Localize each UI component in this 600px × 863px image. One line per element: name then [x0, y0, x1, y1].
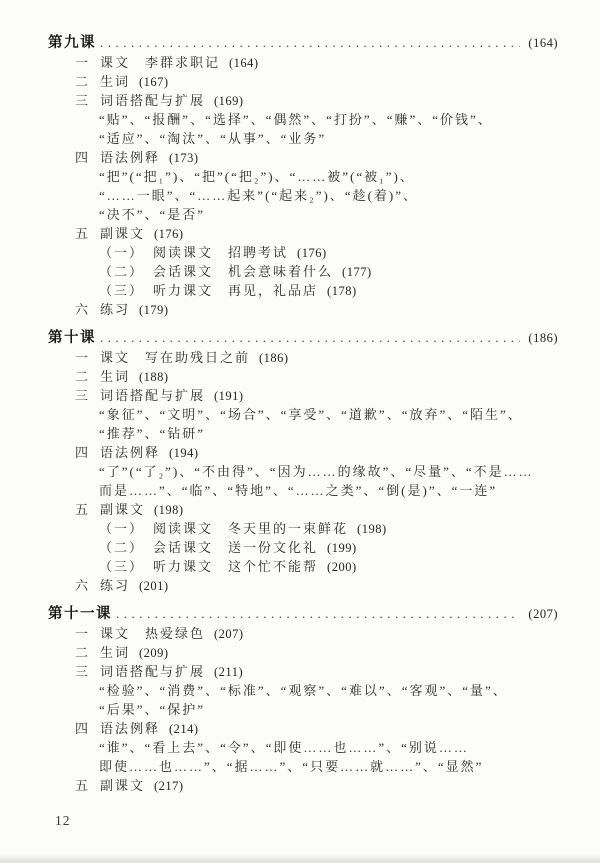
toc-line: 而是……”、“临”、“特地”、“……之类”、“倒(是)”、“一连” [48, 481, 558, 500]
toc-line-marker: （二） [99, 538, 144, 557]
toc-line-text: “把”(“把₁”)、“把”(“把₂”)、“……被”(“被₁”)、 [99, 169, 415, 184]
toc-line-text: 即使……也……”、“据……”、“只要……就……”、“显然” [99, 759, 483, 774]
dotted-leader: ........................................… [100, 33, 520, 53]
toc-line-text: 阅读课文 冬天里的一束鲜花 [153, 521, 348, 536]
toc-line-marker: （一） [99, 519, 144, 538]
section-heading: 第十课.....................................… [48, 328, 558, 348]
toc-line-marker: 三 [75, 662, 100, 681]
toc-line: （一）阅读课文 冬天里的一束鲜花(198) [48, 519, 558, 538]
toc-line-marker: （二） [99, 262, 144, 281]
toc-line: （二）会话课文 机会意味着什么(177) [48, 262, 558, 281]
toc-line-page-number: (217) [154, 779, 184, 793]
toc-line: 一课文 热爱绿色(207) [48, 624, 558, 643]
toc-line: 二生词(167) [48, 72, 558, 91]
toc-line-page-number: (201) [139, 579, 169, 593]
toc-line-text: 练习 [100, 578, 130, 593]
toc-line-marker: 六 [75, 300, 100, 319]
toc-section: 第十一课....................................… [48, 604, 558, 795]
toc-line-text: “决不”、“是否” [99, 207, 205, 222]
toc-section: 第九课.....................................… [48, 33, 558, 319]
toc-line-marker: （一） [99, 243, 144, 262]
toc-line: 即使……也……”、“据……”、“只要……就……”、“显然” [48, 757, 558, 776]
toc-line-text: “……一眼”、“……起来”(“起来₂”)、“趁(着)”、 [99, 188, 418, 203]
toc-line-text: 副课文 [100, 502, 145, 517]
toc-line-text: 语法例释 [100, 721, 160, 736]
toc-line-text: 课文 热爱绿色 [100, 626, 205, 641]
toc-line-page-number: (200) [327, 560, 357, 574]
toc-line-marker: 五 [75, 776, 100, 795]
toc-line: 三词语搭配与扩展(169) [48, 91, 558, 110]
toc-line: （三）听力课文 再见，礼品店(178) [48, 281, 558, 300]
section-page-number: (164) [528, 33, 558, 53]
toc-line: （二）会话课文 送一份文化礼(199) [48, 538, 558, 557]
toc-line-marker: 四 [75, 443, 100, 462]
toc-line-marker: 六 [75, 576, 100, 595]
toc-line-page-number: (188) [139, 370, 169, 384]
toc-line: 二生词(209) [48, 643, 558, 662]
toc: 第九课.....................................… [48, 33, 558, 804]
toc-line: “推荐”、“钻研” [48, 424, 558, 443]
toc-line-marker: 五 [75, 500, 100, 519]
toc-line-text: “了”(“了₂”)、“不由得”、“因为……的缘故”、“尽量”、“不是…… [99, 464, 534, 479]
toc-line-text: “谁”、“看上去”、“令”、“即使……也……”、“别说…… [99, 740, 469, 755]
scan-edge-shadow [0, 854, 600, 863]
toc-line-text: “贴”、“报酬”、“选择”、“偶然”、“打扮”、“赚”、“价钱”、 [99, 112, 493, 127]
toc-line-text: 听力课文 这个忙不能帮 [153, 559, 318, 574]
toc-line-marker: 四 [75, 719, 100, 738]
toc-line-page-number: (178) [327, 284, 357, 298]
toc-line-page-number: (214) [169, 722, 199, 736]
toc-line: 五副课文(176) [48, 224, 558, 243]
toc-line-page-number: (177) [342, 265, 372, 279]
toc-section: 第十课.....................................… [48, 328, 558, 595]
toc-line-text: 阅读课文 招聘考试 [153, 245, 288, 260]
toc-line-page-number: (207) [214, 627, 244, 641]
toc-line: 一课文 写在助残日之前(186) [48, 348, 558, 367]
toc-line-page-number: (211) [214, 665, 243, 679]
toc-line-text: 语法例释 [100, 445, 160, 460]
toc-line-marker: 五 [75, 224, 100, 243]
toc-line-text: 课文 李群求职记 [100, 55, 220, 70]
toc-line-marker: 三 [75, 386, 100, 405]
toc-line-marker: 二 [75, 367, 100, 386]
toc-line-text: “后果”、“保护” [99, 702, 205, 717]
toc-line: “检验”、“消费”、“标准”、“观察”、“难以”、“客观”、“量”、 [48, 681, 558, 700]
toc-line: “适应”、“淘汰”、“从事”、“业务” [48, 129, 558, 148]
toc-line: “决不”、“是否” [48, 205, 558, 224]
toc-line: “……一眼”、“……起来”(“起来₂”)、“趁(着)”、 [48, 186, 558, 205]
toc-line-text: 副课文 [100, 778, 145, 793]
toc-line: “后果”、“保护” [48, 700, 558, 719]
toc-line-text: 词语搭配与扩展 [100, 388, 205, 403]
toc-line-marker: （三） [99, 557, 144, 576]
toc-line: 二生词(188) [48, 367, 558, 386]
toc-line-text: 课文 写在助残日之前 [100, 350, 250, 365]
section-title: 第十课 [48, 328, 96, 348]
toc-line: “了”(“了₂”)、“不由得”、“因为……的缘故”、“尽量”、“不是…… [48, 462, 558, 481]
scanned-page: 第九课.....................................… [0, 0, 600, 863]
toc-line-page-number: (191) [214, 389, 244, 403]
toc-line: “把”(“把₁”)、“把”(“把₂”)、“……被”(“被₁”)、 [48, 167, 558, 186]
toc-line: 四语法例释(173) [48, 148, 558, 167]
section-page-number: (186) [528, 328, 558, 348]
toc-line-text: 词语搭配与扩展 [100, 93, 205, 108]
toc-line: （一）阅读课文 招聘考试(176) [48, 243, 558, 262]
toc-line: “象征”、“文明”、“场合”、“享受”、“道歉”、“放弃”、“陌生”、 [48, 405, 558, 424]
toc-line: 一课文 李群求职记(164) [48, 53, 558, 72]
toc-line-text: 会话课文 送一份文化礼 [153, 540, 318, 555]
toc-line-page-number: (209) [139, 646, 169, 660]
toc-line-page-number: (199) [327, 541, 357, 555]
toc-line-page-number: (169) [214, 94, 244, 108]
toc-line-text: 会话课文 机会意味着什么 [153, 264, 333, 279]
toc-line-text: “象征”、“文明”、“场合”、“享受”、“道歉”、“放弃”、“陌生”、 [99, 407, 523, 422]
toc-line-page-number: (173) [169, 151, 199, 165]
toc-line: 三词语搭配与扩展(191) [48, 386, 558, 405]
toc-line: 六练习(179) [48, 300, 558, 319]
page-number: 12 [55, 813, 71, 829]
toc-line: 五副课文(217) [48, 776, 558, 795]
section-page-number: (207) [528, 604, 558, 624]
toc-line-page-number: (186) [259, 351, 289, 365]
toc-line: “贴”、“报酬”、“选择”、“偶然”、“打扮”、“赚”、“价钱”、 [48, 110, 558, 129]
toc-line-marker: 三 [75, 91, 100, 110]
toc-line-marker: 一 [75, 53, 100, 72]
toc-line-text: “适应”、“淘汰”、“从事”、“业务” [99, 131, 326, 146]
toc-line-text: “推荐”、“钻研” [99, 426, 205, 441]
toc-line-text: 语法例释 [100, 150, 160, 165]
toc-line-marker: 一 [75, 624, 100, 643]
section-title: 第十一课 [48, 604, 112, 624]
toc-line-text: 生词 [100, 369, 130, 384]
toc-line: 四语法例释(214) [48, 719, 558, 738]
toc-line-text: 练习 [100, 302, 130, 317]
toc-line-text: 词语搭配与扩展 [100, 664, 205, 679]
toc-line-page-number: (198) [154, 503, 184, 517]
toc-line-page-number: (194) [169, 446, 199, 460]
toc-line-text: 副课文 [100, 226, 145, 241]
toc-line-marker: 一 [75, 348, 100, 367]
toc-line: 四语法例释(194) [48, 443, 558, 462]
dotted-leader: ........................................… [100, 328, 520, 348]
toc-line-page-number: (164) [229, 56, 259, 70]
section-heading: 第九课.....................................… [48, 33, 558, 53]
toc-line: 三词语搭配与扩展(211) [48, 662, 558, 681]
section-title: 第九课 [48, 33, 96, 53]
toc-line-page-number: (198) [357, 522, 387, 536]
toc-line-text: 而是……”、“临”、“特地”、“……之类”、“倒(是)”、“一连” [99, 483, 497, 498]
toc-line-marker: （三） [99, 281, 144, 300]
toc-line-text: 听力课文 再见，礼品店 [153, 283, 318, 298]
dotted-leader: ........................................… [116, 604, 520, 624]
toc-line-page-number: (176) [297, 246, 327, 260]
toc-line-marker: 二 [75, 72, 100, 91]
section-heading: 第十一课....................................… [48, 604, 558, 624]
toc-line: 六练习(201) [48, 576, 558, 595]
toc-line: 五副课文(198) [48, 500, 558, 519]
toc-line-marker: 二 [75, 643, 100, 662]
toc-line-page-number: (176) [154, 227, 184, 241]
toc-line-text: 生词 [100, 74, 130, 89]
toc-line: “谁”、“看上去”、“令”、“即使……也……”、“别说…… [48, 738, 558, 757]
toc-line-page-number: (167) [139, 75, 169, 89]
toc-line: （三）听力课文 这个忙不能帮(200) [48, 557, 558, 576]
toc-line-text: “检验”、“消费”、“标准”、“观察”、“难以”、“客观”、“量”、 [99, 683, 508, 698]
toc-line-page-number: (179) [139, 303, 169, 317]
toc-line-text: 生词 [100, 645, 130, 660]
toc-line-marker: 四 [75, 148, 100, 167]
